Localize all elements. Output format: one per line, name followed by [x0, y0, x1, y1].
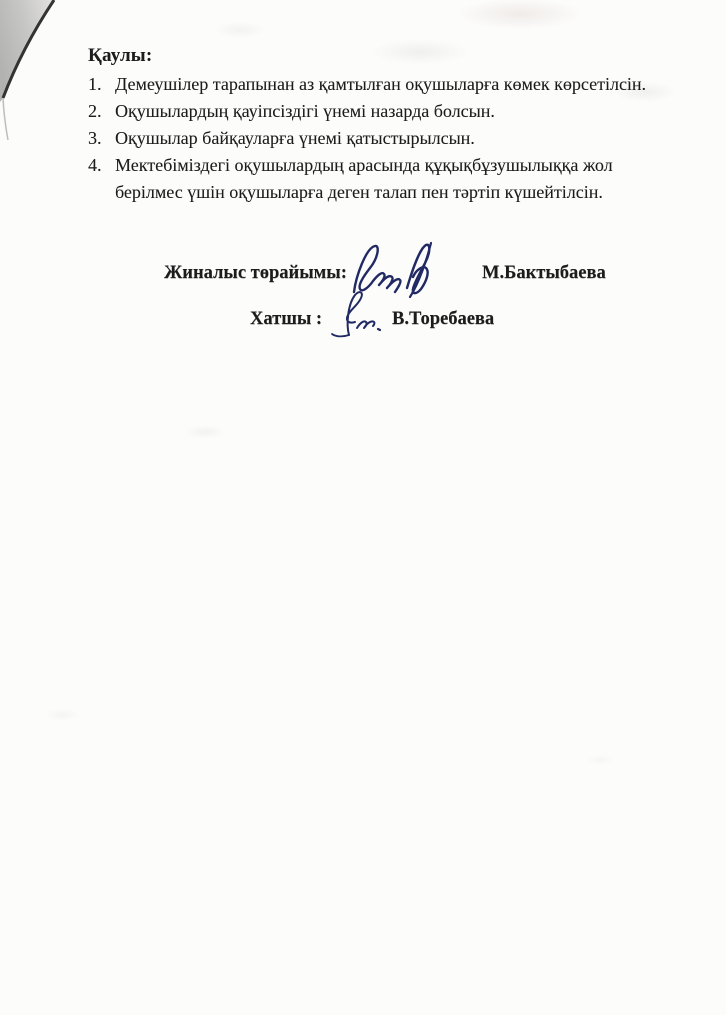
list-item-number: 1. [88, 71, 115, 98]
list-item-text: Оқушылардың қауіпсіздігі үнемі назарда б… [115, 98, 666, 125]
list-item: 4. Мектебіміздегі оқушылардың арасында қ… [88, 152, 666, 206]
list-item-text: Демеушілер тарапынан аз қамтылған оқушыл… [115, 71, 666, 98]
secretary-label: Хатшы : [250, 309, 322, 330]
list-item-number: 4. [88, 152, 115, 206]
secretary-signature-icon [330, 290, 394, 338]
list-item-number: 2. [88, 98, 115, 125]
list-item: 1. Демеушілер тарапынан аз қамтылған оқу… [88, 71, 666, 98]
secretary-name: В.Торебаева [392, 309, 494, 330]
page-fold-corner [0, 0, 100, 145]
list-item: 2. Оқушылардың қауіпсіздігі үнемі назард… [88, 98, 666, 125]
list-item: 3. Оқушылар байқауларға үнемі қатыстырыл… [88, 125, 666, 152]
list-item-number: 3. [88, 125, 115, 152]
list-item-text: Оқушылар байқауларға үнемі қатыстырылсын… [115, 125, 666, 152]
chair-label: Жиналыс төрайымы: [164, 263, 347, 284]
list-item-text: берілмес үшін оқушыларға деген талап пен… [115, 179, 666, 206]
chair-name: М.Бактыбаева [482, 263, 606, 284]
resolution-heading: Қаулы: [88, 45, 152, 67]
resolution-list: 1. Демеушілер тарапынан аз қамтылған оқу… [88, 71, 666, 206]
scanned-document-page: Қаулы: 1. Демеушілер тарапынан аз қамтыл… [0, 0, 726, 1015]
list-item-text: Мектебіміздегі оқушылардың арасында құқы… [115, 152, 666, 179]
